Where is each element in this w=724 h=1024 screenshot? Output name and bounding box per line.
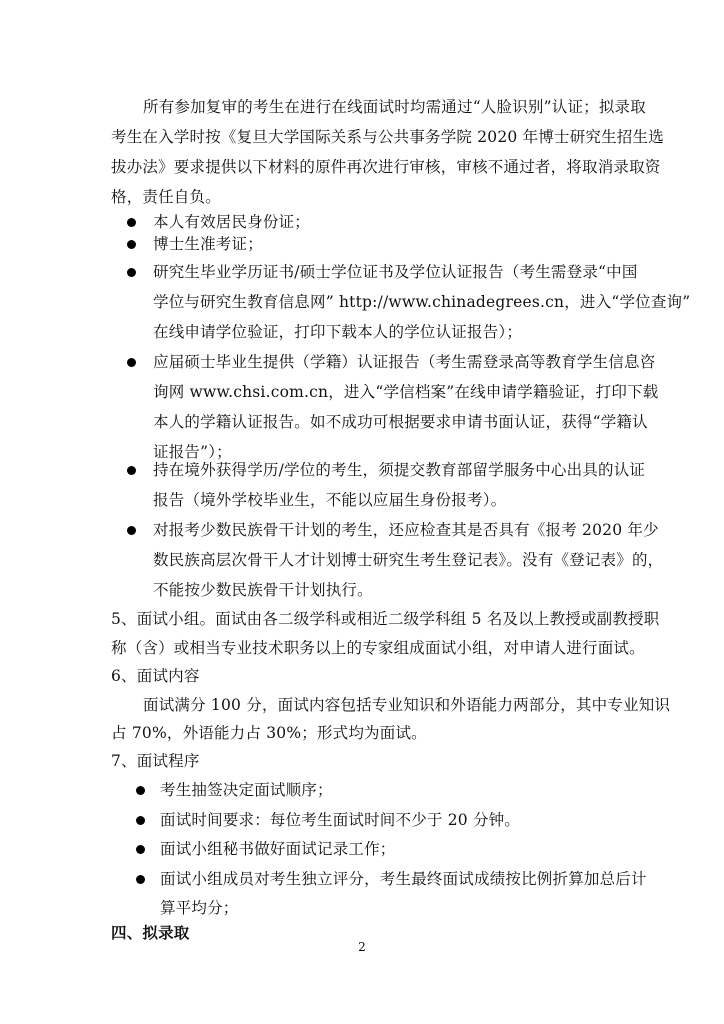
intro-line-3: 拔办法》要求提供以下材料的原件再次进行审核，审核不通过者，将取消录取资 [111, 157, 613, 177]
section7-heading: 7、面试程序 [111, 751, 613, 771]
procedure-item-4-line-1: 面试小组成员对考生独立评分，考生最终面试成绩按比例折算加总后计 [160, 869, 613, 889]
bullet-icon [127, 240, 136, 249]
intro-line-4: 格，责任自负。 [111, 187, 613, 207]
section5-line-1: 5、面试小组。面试由各二级学科或相近二级学科组 5 名及以上教授或副教授职 [111, 609, 613, 629]
page-number: 2 [0, 940, 724, 954]
material-item-1: 本人有效居民身份证； [153, 212, 310, 232]
bullet-icon [127, 268, 136, 277]
bullet-icon [127, 466, 136, 475]
material-item-6-line-2: 数民族高层次骨干人才计划博士研究生考生登记表》。没有《登记表》的， [153, 550, 613, 570]
material-item-5-line-1: 持在境外获得学历/学位的考生，须提交教育部留学服务中心出具的认证 [153, 460, 613, 480]
procedure-item-1: 考生抽签决定面试顺序； [160, 780, 333, 800]
section6-line-2: 占 70%，外语能力占 30%；形式均为面试。 [111, 723, 613, 743]
bullet-icon [136, 786, 145, 795]
intro-line-2: 考生在入学时按《复旦大学国际关系与公共事务学院 2020 年博士研究生招生选 [111, 127, 613, 147]
material-item-3-line-2: 学位与研究生教育信息网” http://www.chinadegrees.cn，… [153, 292, 613, 312]
procedure-item-2: 面试时间要求：每位考生面试时间不少于 20 分钟。 [160, 810, 520, 830]
section6-heading: 6、面试内容 [111, 666, 613, 686]
section5-line-2: 称（含）或相当专业技术职务以上的专家组成面试小组，对申请人进行面试。 [111, 638, 613, 658]
material-item-4-line-3: 本人的学籍认证报告。如不成功可根据要求申请书面认证，获得“学籍认 [153, 412, 613, 432]
material-item-4-line-4: 证报告”）； [153, 442, 232, 462]
bullet-icon [127, 218, 136, 227]
material-item-5-line-2: 报告（境外学校毕业生，不能以应届生身份报考）。 [153, 490, 506, 510]
bullet-icon [127, 358, 136, 367]
bullet-icon [136, 816, 145, 825]
bullet-icon [136, 845, 145, 854]
document-page: 所有参加复审的考生在进行在线面试时均需通过“人脸识别”认证；拟录取 考生在入学时… [0, 0, 724, 1024]
procedure-item-3: 面试小组秘书做好面试记录工作； [160, 839, 396, 859]
bullet-icon [136, 875, 145, 884]
bullet-icon [127, 526, 136, 535]
procedure-item-4-line-2: 算平均分； [160, 898, 239, 918]
intro-line-1: 所有参加复审的考生在进行在线面试时均需通过“人脸识别”认证；拟录取 [143, 97, 613, 117]
material-item-3-line-3: 在线申请学位验证，打印下载本人的学位认证报告）； [153, 322, 522, 342]
material-item-3-line-1: 研究生毕业学历证书/硕士学位证书及学位认证报告（考生需登录“中国 [153, 262, 613, 282]
section6-line-1: 面试满分 100 分，面试内容包括专业知识和外语能力两部分，其中专业知识 [143, 695, 613, 715]
material-item-4-line-1: 应届硕士毕业生提供（学籍）认证报告（考生需登录高等教育学生信息咨 [153, 352, 613, 372]
material-item-2: 博士生准考证； [153, 234, 263, 254]
material-item-6-line-3: 不能按少数民族骨干计划执行。 [153, 580, 373, 600]
material-item-6-line-1: 对报考少数民族骨干计划的考生，还应检查其是否具有《报考 2020 年少 [153, 520, 613, 540]
material-item-4-line-2: 询网 www.chsi.com.cn，进入“学信档案”在线申请学籍验证，打印下载 [153, 382, 613, 402]
